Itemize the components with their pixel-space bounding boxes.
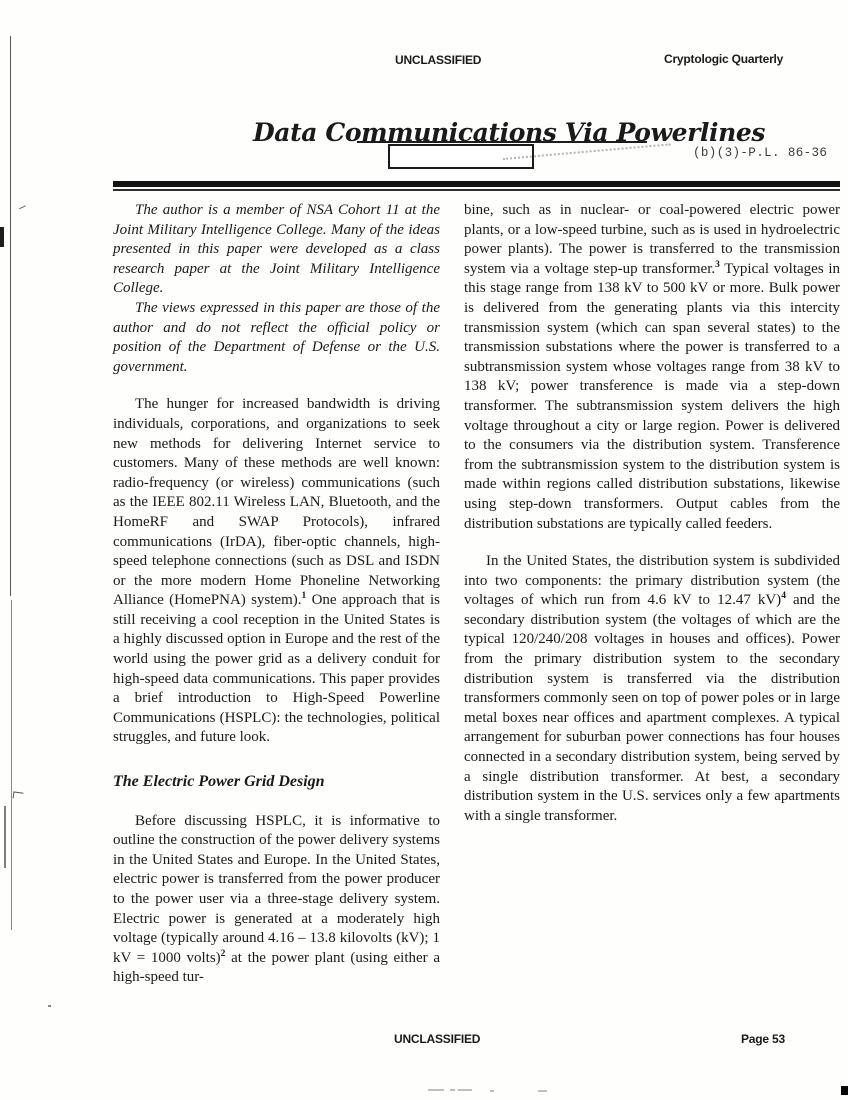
right-column: bine, such as in nuclear- or coal-powere… [464, 201, 840, 988]
redaction-exemption-label: (b)(3)-P.L. 86-36 [693, 146, 827, 160]
scan-artifact-side-line [4, 806, 6, 868]
scan-artifact-smudge-2 [450, 1089, 455, 1091]
body-paragraph-2: Before discussing HSPLC, it is informati… [113, 812, 440, 988]
body-paragraph-4: In the United States, the distribution s… [464, 552, 840, 826]
scan-artifact-corner-square [841, 1086, 848, 1095]
scan-artifact-smudge-3 [458, 1089, 472, 1091]
scan-artifact-corner-mark [13, 791, 24, 799]
body-paragraph-3-continued: Typical voltages in this stage range fro… [464, 261, 840, 532]
body-paragraph-1-continued: One approach that is still receiving a c… [113, 592, 440, 745]
left-column: The author is a member of NSA Cohort 11 … [113, 201, 440, 988]
header-rule-thin [113, 189, 840, 191]
header-rule-thick [113, 181, 840, 187]
scan-artifact-smudge-5 [538, 1090, 547, 1092]
scan-artifact-vertical-line-lower [11, 600, 12, 930]
body-paragraph-4-continued: and the secondary distribution system (t… [464, 592, 840, 824]
intro-paragraph-1-text: The author is a member of NSA Cohort 11 … [113, 202, 440, 296]
body-paragraph-3: bine, such as in nuclear- or coal-powere… [464, 201, 840, 534]
section-heading: The Electric Power Grid Design [113, 772, 440, 792]
body-paragraph-2-text: Before discussing HSPLC, it is informati… [113, 813, 440, 966]
footer-classification: UNCLASSIFIED [394, 1032, 480, 1046]
scan-artifact-smudge-4 [490, 1090, 494, 1092]
header-rule [113, 181, 840, 191]
title-underline [357, 141, 647, 143]
intro-paragraph-1: The author is a member of NSA Cohort 11 … [113, 201, 440, 299]
article-body: The author is a member of NSA Cohort 11 … [113, 201, 840, 988]
scan-artifact-edge-mark [0, 227, 4, 247]
scan-artifact-check-mark [17, 202, 25, 209]
body-paragraph-1: The hunger for increased bandwidth is dr… [113, 395, 440, 748]
footer-page-number: Page 53 [741, 1032, 785, 1046]
intro-paragraph-2-text: The views expressed in this paper are th… [113, 300, 440, 375]
document-page: UNCLASSIFIED Cryptologic Quarterly Data … [0, 0, 848, 1100]
scan-artifact-vertical-line-upper [10, 36, 11, 596]
header-publication: Cryptologic Quarterly [664, 52, 783, 66]
header-classification: UNCLASSIFIED [395, 53, 481, 67]
scan-artifact-dot [48, 1005, 51, 1007]
body-paragraph-1-text: The hunger for increased bandwidth is dr… [113, 396, 440, 608]
intro-paragraph-2: The views expressed in this paper are th… [113, 299, 440, 377]
scan-artifact-smudge-1 [428, 1089, 444, 1091]
